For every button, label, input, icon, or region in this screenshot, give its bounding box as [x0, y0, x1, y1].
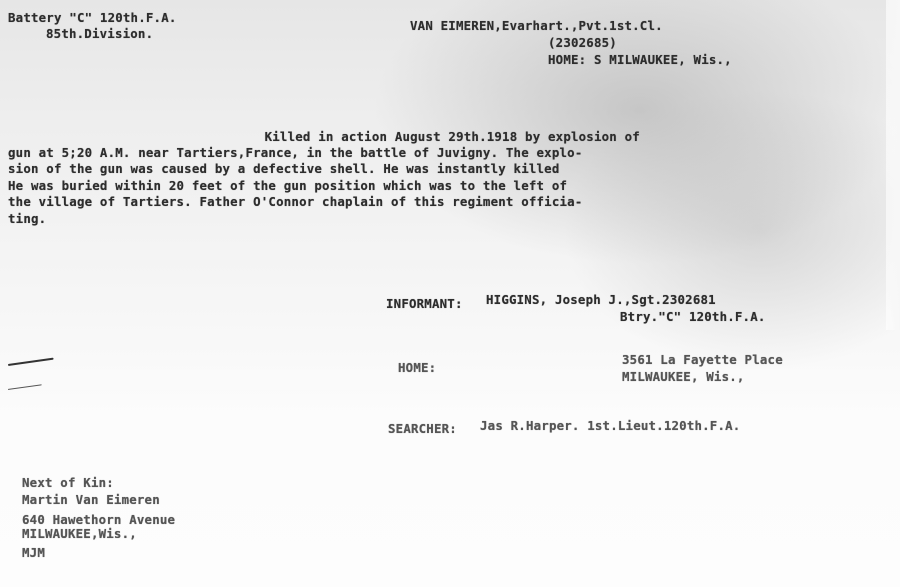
typist-initials: MJM	[22, 545, 45, 560]
searcher-label: SEARCHER:	[388, 421, 457, 436]
narrative-line: sion of the gun was caused by a defectiv…	[8, 161, 560, 176]
unit-heading: Battery "C" 120th.F.A.	[8, 10, 177, 25]
searcher-value: Jas R.Harper. 1st.Lieut.120th.F.A.	[480, 418, 740, 433]
narrative-line: the village of Tartiers. Father O'Connor…	[8, 194, 582, 209]
informant-unit: Btry."C" 120th.F.A.	[620, 309, 766, 324]
next-of-kin-address2: MILWAUKEE,Wis.,	[22, 526, 137, 541]
narrative-line: Killed in action August 29th.1918 by exp…	[188, 129, 640, 144]
soldier-serial: (2302685)	[548, 35, 617, 50]
pen-mark	[8, 358, 54, 366]
pen-mark	[8, 384, 42, 390]
narrative-line: ting.	[8, 211, 46, 226]
page-edge-shadow	[886, 0, 900, 330]
narrative-line: He was buried within 20 feet of the gun …	[8, 178, 567, 193]
informant-name: HIGGINS, Joseph J.,Sgt.2302681	[486, 292, 716, 307]
next-of-kin-label: Next of Kin:	[22, 475, 114, 490]
soldier-name: VAN EIMEREN,Evarhart.,Pvt.1st.Cl.	[410, 18, 663, 33]
informant-home-label: HOME:	[398, 360, 436, 375]
next-of-kin-name: Martin Van Eimeren	[22, 492, 160, 507]
narrative-line: gun at 5;20 A.M. near Tartiers,France, i…	[8, 145, 582, 160]
informant-label: INFORMANT:	[386, 296, 463, 311]
soldier-home: HOME: S MILWAUKEE, Wis.,	[548, 52, 732, 67]
document-page: Battery "C" 120th.F.A. 85th.Division. VA…	[0, 0, 900, 587]
informant-home-line2: MILWAUKEE, Wis.,	[622, 369, 745, 384]
next-of-kin-address1: 640 Hawethorn Avenue	[22, 512, 175, 527]
informant-home-line1: 3561 La Fayette Place	[622, 352, 783, 367]
division-heading: 85th.Division.	[46, 26, 153, 41]
